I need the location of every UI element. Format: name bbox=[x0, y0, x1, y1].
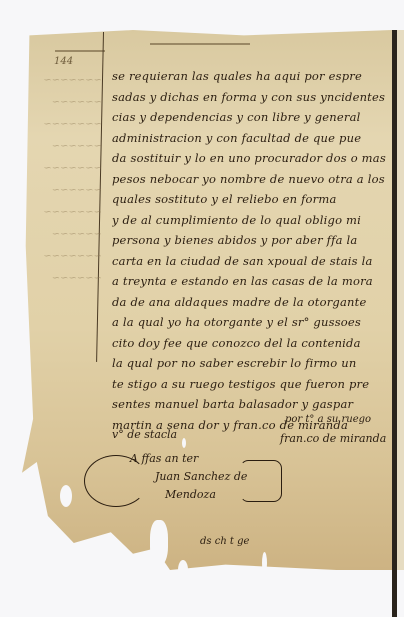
text-line: da de ana aldaques madre de la otorgante bbox=[112, 292, 394, 313]
text-line: a la qual yo ha otorgante y el sr° gusso… bbox=[112, 312, 394, 333]
text-line: administracion y con facultad de que pue bbox=[112, 128, 394, 149]
notary-signature-line1: A ffas an ter bbox=[130, 452, 198, 465]
text-line: pesos nebocar yo nombre de nuevo otra a … bbox=[112, 169, 394, 190]
damage-hole bbox=[60, 485, 72, 507]
notary-signature-line2: Juan Sanchez de bbox=[155, 470, 247, 483]
text-line: sadas y dichas en forma y con sus yncide… bbox=[112, 87, 394, 108]
folio-number: 144 bbox=[54, 56, 73, 67]
text-line: carta en la ciudad de san xpoual de stai… bbox=[112, 251, 394, 272]
damage-hole bbox=[150, 520, 168, 565]
witness-signature-line1: por t° a su ruego bbox=[285, 414, 371, 425]
text-line: y de al cumplimiento de lo qual obligo m… bbox=[112, 210, 394, 231]
witness-signature-line2: fran.co de miranda bbox=[280, 432, 386, 445]
text-line: se requieran las quales ha aqui por espr… bbox=[112, 66, 394, 87]
damage-hole bbox=[178, 560, 188, 580]
notary-signature-line3: Mendoza bbox=[165, 488, 216, 501]
damage-hole bbox=[182, 438, 186, 448]
text-line: da sostituir y lo en uno procurador dos … bbox=[112, 148, 394, 169]
damage-hole bbox=[262, 552, 267, 574]
text-line: la qual por no saber escrebir lo firmo u… bbox=[112, 353, 394, 374]
text-line: a treynta e estando en las casas de la m… bbox=[112, 271, 394, 292]
ruled-line bbox=[55, 50, 105, 52]
text-line: cito doy fee que conozco del la contenid… bbox=[112, 333, 394, 354]
text-line-last: v° de stacla bbox=[112, 428, 177, 441]
manuscript-text: se requieran las quales ha aqui por espr… bbox=[112, 66, 394, 435]
facing-page-edge bbox=[397, 30, 404, 570]
text-line: quales sostituto y el reliebo en forma bbox=[112, 189, 394, 210]
text-line: sentes manuel barta balasador y gaspar bbox=[112, 394, 394, 415]
rubric-flourish bbox=[240, 460, 282, 502]
text-line: te stigo a su ruego testigos que fueron … bbox=[112, 374, 394, 395]
text-line: persona y bienes abidos y por aber ffa l… bbox=[112, 230, 394, 251]
text-line: cias y dependencias y con libre y genera… bbox=[112, 107, 394, 128]
ruled-line bbox=[150, 43, 250, 45]
bleed-through-text: ~~~~~~~~~~~~~~~~~~~~~~~~~~~~~~~~~~~~~~~~… bbox=[32, 70, 102, 290]
bottom-rubric: ds ch t ge bbox=[200, 536, 249, 547]
